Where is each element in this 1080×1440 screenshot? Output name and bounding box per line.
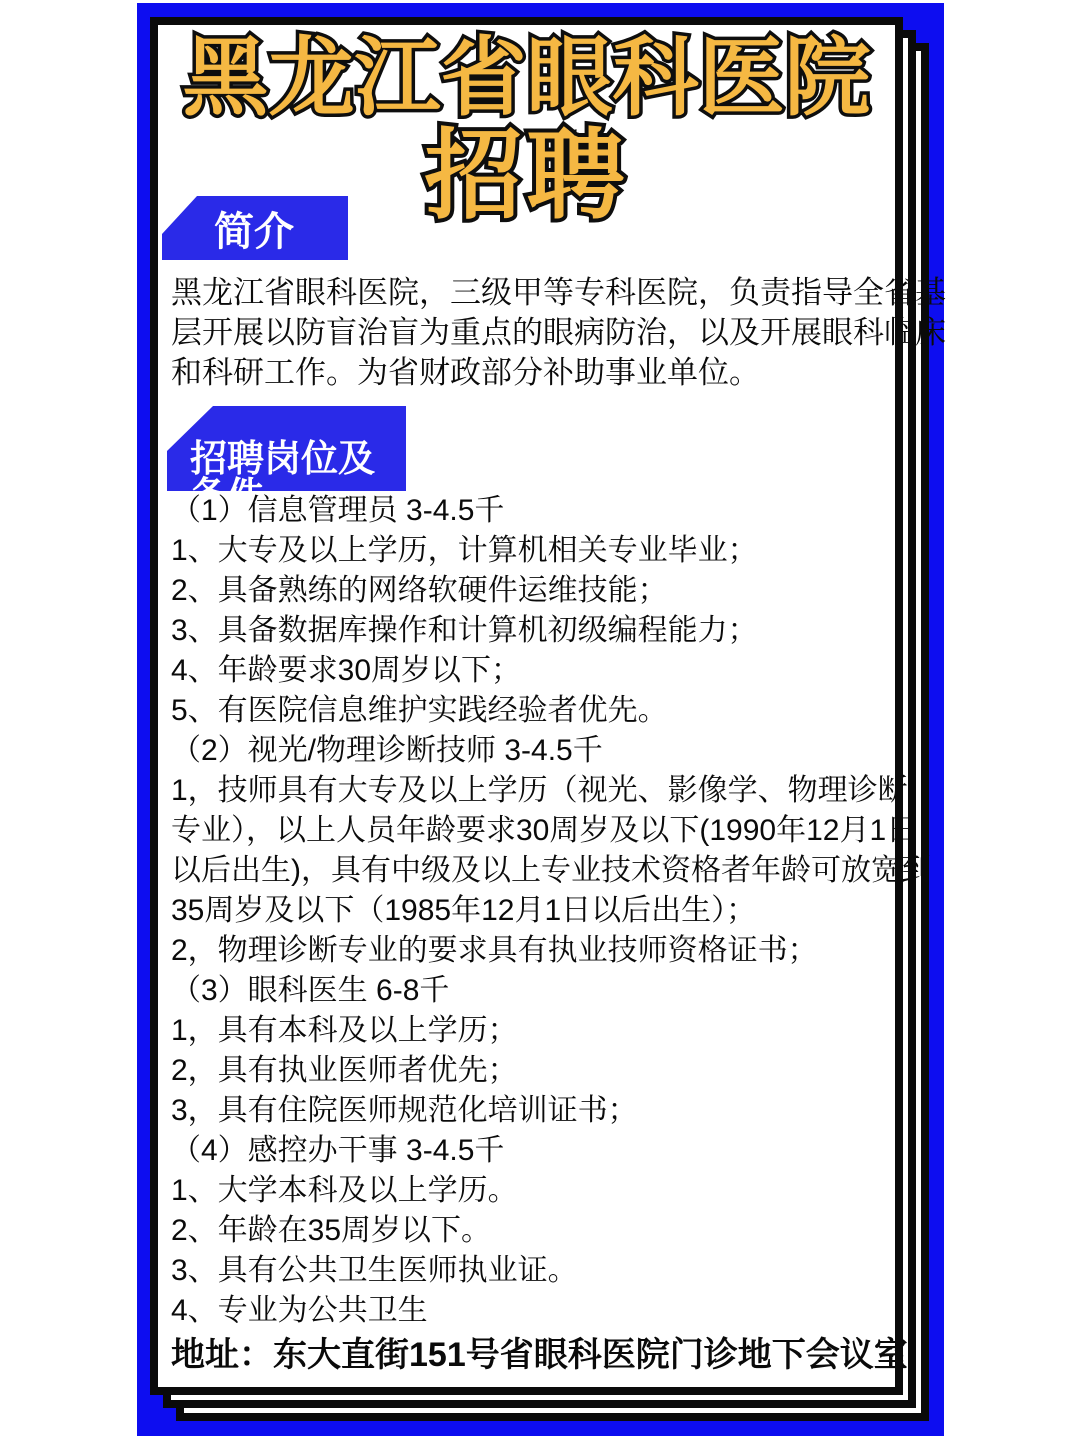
poster-title: 黑龙江省眼科医院 招聘 (158, 31, 895, 225)
jobs-line: 2，具有执业医师者优先； (171, 1051, 909, 1091)
section-badge-intro: 简介 (162, 196, 348, 260)
poster-frame: 黑龙江省眼科医院 招聘 简介 黑龙江省眼科医院，三级甲等专科医院，负责指导全省基… (137, 3, 944, 1436)
intro-paragraph: 黑龙江省眼科医院，三级甲等专科医院，负责指导全省基层开展以防盲治盲为重点的眼病防… (171, 273, 903, 393)
jobs-line: 35周岁及以下（1985年12月1日以后出生）； (171, 891, 909, 931)
jobs-line: 4、年龄要求30周岁以下； (171, 651, 909, 691)
jobs-line: 3、具有公共卫生医师执业证。 (171, 1251, 909, 1291)
jobs-line: 专业），以上人员年龄要求30周岁及以下(1990年12月1日 (171, 811, 909, 851)
section-badge-jobs: 招聘岗位及条件 (167, 406, 406, 491)
jobs-line: 1，技师具有大专及以上学历（视光、影像学、物理诊断 (171, 771, 909, 811)
jobs-line: 3、具备数据库操作和计算机初级编程能力； (171, 611, 909, 651)
jobs-line: 1，具有本科及以上学历； (171, 1011, 909, 1051)
jobs-line: 4、专业为公共卫生 (171, 1291, 909, 1331)
page-background: 黑龙江省眼科医院 招聘 简介 黑龙江省眼科医院，三级甲等专科医院，负责指导全省基… (0, 0, 1080, 1440)
jobs-line: 5、有医院信息维护实践经验者优先。 (171, 691, 909, 731)
jobs-line: 2、具备熟练的网络软硬件运维技能； (171, 571, 909, 611)
poster-card: 黑龙江省眼科医院 招聘 简介 黑龙江省眼科医院，三级甲等专科医院，负责指导全省基… (150, 17, 903, 1395)
jobs-line: 2、年龄在35周岁以下。 (171, 1211, 909, 1251)
jobs-line: （3）眼科医生 6-8千 (171, 971, 909, 1011)
intro-line: 黑龙江省眼科医院，三级甲等专科医院，负责指导全省基 (171, 273, 903, 313)
title-hospital-name: 黑龙江省眼科医院 (158, 31, 895, 125)
jobs-line: 1、大专及以上学历，计算机相关专业毕业； (171, 531, 909, 571)
jobs-line: 2，物理诊断专业的要求具有执业技师资格证书； (171, 931, 909, 971)
jobs-line: 1、大学本科及以上学历。 (171, 1171, 909, 1211)
intro-line: 和科研工作。为省财政部分补助事业单位。 (171, 353, 903, 393)
jobs-line: （2）视光/物理诊断技师 3-4.5千 (171, 731, 909, 771)
address-line: 地址：东大直街151号省眼科医院门诊地下会议室 (171, 1333, 909, 1377)
jobs-requirements-list: （1）信息管理员 3-4.5千1、大专及以上学历，计算机相关专业毕业；2、具备熟… (171, 491, 909, 1331)
jobs-line: 3，具有住院医师规范化培训证书； (171, 1091, 909, 1131)
jobs-line: （1）信息管理员 3-4.5千 (171, 491, 909, 531)
intro-line: 层开展以防盲治盲为重点的眼病防治，以及开展眼科临床 (171, 313, 903, 353)
jobs-line: （4）感控办干事 3-4.5千 (171, 1131, 909, 1171)
jobs-line: 以后出生)，具有中级及以上专业技术资格者年龄可放宽到 (171, 851, 909, 891)
